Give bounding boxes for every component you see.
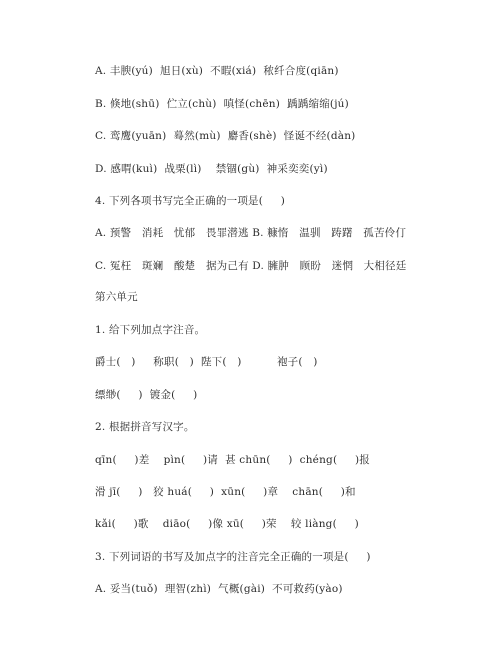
question-2-items-row3: kǎi( )歌 diāo( )像 xū( )荣 较 liàng( ) — [95, 517, 359, 531]
question-3: 3. 下列词语的书写及加点字的注音完全正确的一项是( ) — [95, 550, 371, 564]
question-4-options-cd: C. 冤枉 斑斓 酸楚 据为己有 D. 臃肿 顾盼 迷惘 大相径廷 — [95, 259, 406, 273]
question-1: 1. 给下列加点字注音。 — [95, 323, 205, 337]
question-1-items-row1: 爵士( ) 称职( ) 陛下( ) 袍子( ) — [95, 355, 318, 369]
question-4-options-ab: A. 预警 消耗 忧郁 畏罪潜逃 B. 糠惰 温驯 踌躇 孤苦伶仃 — [95, 226, 406, 240]
option-c-pinyin: C. 鸾鹰(yuān) 蓦然(mù) 麝香(shè) 怪诞不经(dàn) — [95, 129, 355, 143]
question-2-items-row2: 滑 jī( ) 狡 huá( ) xūn( )章 chān( )和 — [95, 485, 356, 499]
option-a-pinyin: A. 丰腴(yú) 旭日(xù) 不暇(xiá) 秾纤合度(qiān) — [95, 64, 339, 78]
question-2-items-row1: qīn( )差 pìn( )请 甚 chūn( ) chéng( )报 — [95, 453, 370, 467]
unit-heading: 第六单元 — [95, 290, 138, 304]
document-page: A. 丰腴(yú) 旭日(xù) 不暇(xiá) 秾纤合度(qiān) B. 倏… — [0, 0, 500, 647]
question-2: 2. 根据拼音写汉字。 — [95, 420, 195, 434]
question-4: 4. 下列各项书写完全正确的一项是( ) — [95, 194, 285, 208]
question-3-option-a: A. 妥当(tuǒ) 理智(zhì) 气概(gài) 不可救药(yào) — [95, 582, 343, 596]
option-b-pinyin: B. 倏地(shū) 伫立(chù) 嗔怪(chēn) 踽踽缩缩(jú) — [95, 97, 349, 111]
question-1-items-row2: 缥缈( ) 镀金( ) — [95, 388, 197, 402]
option-d-pinyin: D. 感喟(kuì) 战栗(lì) 禁锢(gù) 神采奕奕(yì) — [95, 162, 328, 176]
